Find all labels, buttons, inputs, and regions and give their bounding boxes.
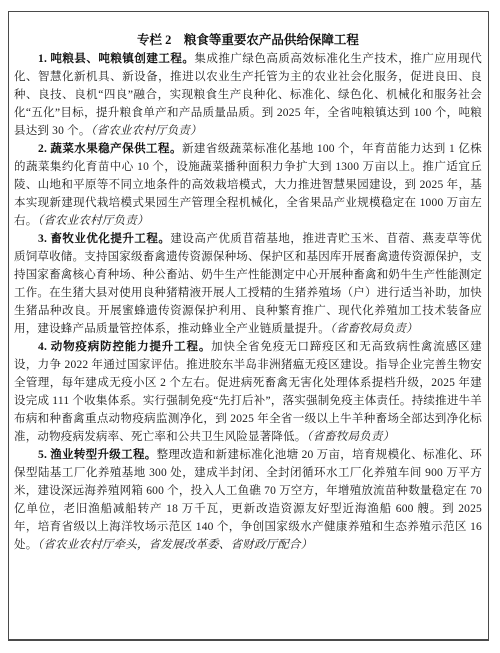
panel-title: 专栏 2 粮食等重要农产品供给保障工程 [14, 31, 482, 49]
paragraph-1-body: 集成推广绿色高质高效标准化生产技术，推广应用现代化、智慧化新机具、新设备，推进以… [14, 53, 482, 137]
paragraph-1-responsibility-note: （省农业农村厅负责） [91, 125, 202, 137]
paragraph-2-lead: 2. 蔬菜水果稳产保供工程。 [38, 143, 182, 155]
paragraph-4-body: 加快全省免疫无口蹄疫区和无高致病性禽流感区建设，力争 2022 年通过国家评估。… [14, 341, 482, 443]
paragraph-animal-husbandry-project: 3. 畜牧业优化提升工程。建设高产优质苜蓿基地，推进青贮玉米、苜蓿、燕麦草等优质… [14, 230, 482, 338]
paragraph-2-responsibility-note: （省农业农村厅负责） [37, 215, 148, 227]
paragraph-3-body: 建设高产优质苜蓿基地，推进青贮玉米、苜蓿、燕麦草等优质饲草收储。支持国家级畜禽遗… [14, 233, 482, 335]
paragraph-4-responsibility-note: （省畜牧局负责） [307, 431, 395, 443]
paragraph-5-responsibility-note: （省农业农村厅牵头，省发展改革委、省财政厅配合） [37, 539, 312, 551]
paragraph-3-responsibility-note: （省畜牧局负责） [330, 323, 418, 335]
paragraph-4-lead: 4. 动物疫病防控能力提升工程。 [38, 341, 211, 353]
paragraph-5-body: 整理改造和新建标准化池塘 20 万亩，培育规模化、标准化、环保型陆基工厂化养殖基… [14, 449, 482, 551]
paragraph-fishery-project: 5. 渔业转型升级工程。整理改造和新建标准化池塘 20 万亩，培育规模化、标准化… [14, 446, 482, 554]
paragraph-disease-control-project: 4. 动物疫病防控能力提升工程。加快全省免疫无口蹄疫区和无高致病性禽流感区建设，… [14, 338, 482, 446]
paragraph-grain-project: 1. 吨粮县、吨粮镇创建工程。集成推广绿色高质高效标准化生产技术，推广应用现代化… [14, 50, 482, 140]
paragraph-5-lead: 5. 渔业转型升级工程。 [38, 449, 157, 461]
paragraph-vegetable-fruit-project: 2. 蔬菜水果稳产保供工程。新建省级蔬菜标准化基地 100 个，年育苗能力达到 … [14, 140, 482, 230]
paragraph-3-lead: 3. 畜牧业优化提升工程。 [38, 233, 170, 245]
feature-column-box: 专栏 2 粮食等重要农产品供给保障工程 1. 吨粮县、吨粮镇创建工程。集成推广绿… [8, 11, 489, 641]
paragraph-1-lead: 1. 吨粮县、吨粮镇创建工程。 [38, 53, 194, 65]
